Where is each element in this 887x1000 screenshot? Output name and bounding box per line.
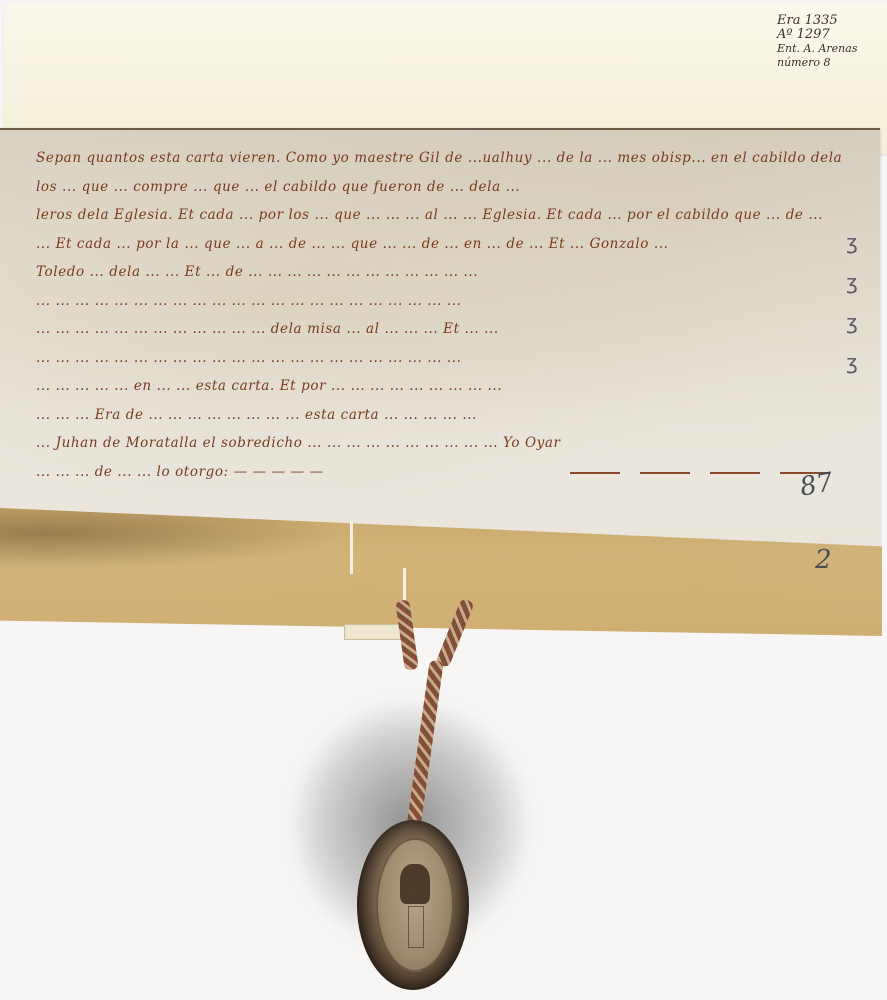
parchment-tie-string [350, 522, 353, 574]
text-line: Sepan quantos esta carta vieren. Como yo… [36, 144, 846, 173]
text-line: ... ... ... ... ... ... ... ... ... ... … [36, 287, 846, 316]
text-line: ... ... ... ... ... ... ... ... ... ... … [36, 315, 846, 344]
text-line: ... Juhan de Moratalla el sobredicho ...… [36, 429, 846, 458]
plica-number: 2 [815, 545, 832, 575]
margin-marks: ʒ ʒ ʒ ʒ [832, 222, 872, 382]
margin-mark: ʒ [832, 342, 872, 382]
seal-tower-icon [408, 906, 424, 948]
seal-impression [376, 838, 454, 972]
archive-note-number: número 8 [777, 56, 873, 70]
text-line: ... ... ... ... ... ... ... ... ... ... … [36, 344, 846, 373]
margin-mark: ʒ [832, 262, 872, 302]
text-line: Toledo ... dela ... ... Et ... de ... ..… [36, 258, 846, 287]
archive-note: Era 1335 Aº 1297 Ent. A. Arenas número 8 [777, 14, 873, 70]
archive-note-entry: Ent. A. Arenas [777, 42, 873, 56]
text-line: los ... que ... compre ... que ... el ca… [36, 173, 846, 202]
text-line: ... Et cada ... por la ... que ... a ...… [36, 230, 846, 259]
charter-text: Sepan quantos esta carta vieren. Como yo… [36, 144, 846, 486]
margin-mark: ʒ [832, 302, 872, 342]
text-line: leros dela Eglesia. Et cada ... por los … [36, 201, 846, 230]
parchment-charter: Sepan quantos esta carta vieren. Como yo… [0, 128, 880, 550]
text-line: ... ... ... Era de ... ... ... ... ... .… [36, 401, 846, 430]
margin-mark: ʒ [832, 222, 872, 262]
seal-figure-icon [400, 864, 430, 904]
archive-note-year: Aº 1297 [777, 28, 873, 42]
shelf-mark: 87 [798, 467, 836, 502]
parchment-tab [344, 624, 406, 640]
text-line: ... ... ... ... ... en ... ... esta cart… [36, 372, 846, 401]
archive-note-era: Era 1335 [777, 14, 873, 28]
wax-seal [357, 820, 469, 990]
